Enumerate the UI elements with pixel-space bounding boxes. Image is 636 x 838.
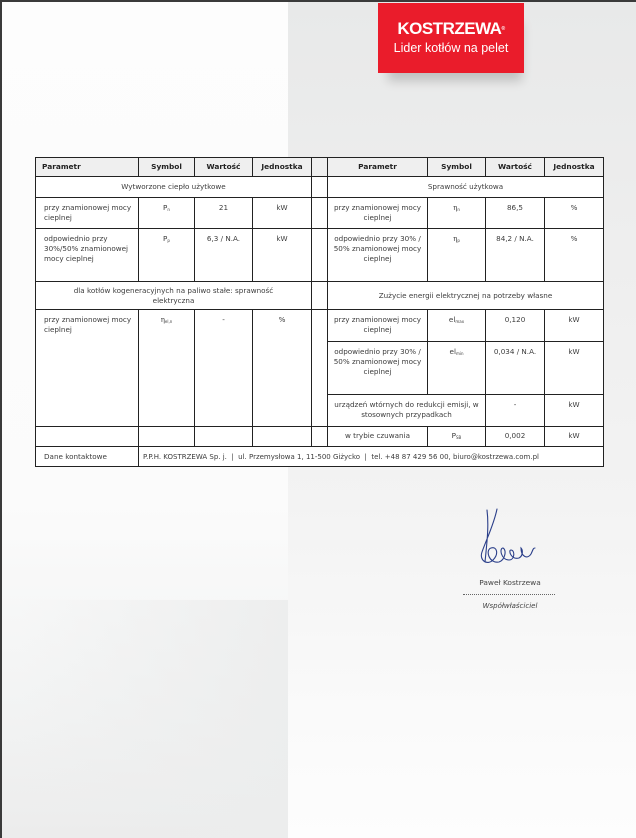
logo-tagline: Lider kotłów na pelet [378,41,524,55]
signer-role: Współwłaściciel [440,602,580,610]
symbol-cell: ηp [428,229,486,282]
symbol-cell: ηel,n [139,310,195,427]
header-jednostka-right: Jednostka [545,158,604,177]
table-row: przy znamionowej mocy cieplnej Pn 21 kW … [36,198,604,229]
contact-row: Dane kontaktowe P.P.H. KOSTRZEWA Sp. j. … [36,447,604,467]
unit-cell: kW [253,229,312,282]
header-wartosc-left: Wartość [195,158,253,177]
value-cell: 84,2 / N.A. [486,229,545,282]
signature-dotted-line [463,594,555,595]
table-header-row: Parametr Symbol Wartość Jednostka Parame… [36,158,604,177]
symbol-cell: PSB [428,427,486,447]
value-cell: 0,002 [486,427,545,447]
value-cell: 21 [195,198,253,229]
unit-cell: kW [545,427,604,447]
param-cell: odpowiednio przy 30% / 50% znamionowej m… [328,229,428,282]
signer-name: Paweł Kostrzewa [440,578,580,587]
header-parametr-left: Parametr [36,158,139,177]
unit-cell: kW [545,310,604,342]
symbol-cell: elmin [428,342,486,395]
symbol-cell: Pp [139,229,195,282]
unit-cell: % [545,229,604,282]
section-row: Wytworzone ciepło użytkowe Sprawność uży… [36,177,604,198]
header-symbol-left: Symbol [139,158,195,177]
section-title-electricity-consumption: Zużycie energii elektrycznej na potrzeby… [328,282,604,310]
param-cell: w trybie czuwania [328,427,428,447]
unit-cell: % [545,198,604,229]
header-symbol-right: Symbol [428,158,486,177]
param-cell: przy znamionowej mocy cieplnej [328,310,428,342]
value-cell: 6,3 / N.A. [195,229,253,282]
column-separator [312,158,328,177]
logo-brand: KOSTRZEWA® [378,20,524,38]
param-cell: odpowiednio przy 30% / 50% znamionowej m… [328,342,428,395]
table-row: odpowiednio przy 30%/50% znamionowej moc… [36,229,604,282]
value-cell: 0,034 / N.A. [486,342,545,395]
unit-cell: kW [253,198,312,229]
unit-cell: kW [545,342,604,395]
parameters-table: Parametr Symbol Wartość Jednostka Parame… [35,157,604,467]
contact-label: Dane kontaktowe [36,447,139,467]
header-wartosc-right: Wartość [486,158,545,177]
symbol-cell: Pn [139,198,195,229]
header-parametr-right: Parametr [328,158,428,177]
section-title-efficiency: Sprawność użytkowa [328,177,604,198]
param-cell: urządzeń wtórnych do redukcji emisji, w … [328,395,486,427]
section-row: dla kotłów kogeneracyjnych na paliwo sta… [36,282,604,310]
signature-icon [475,508,545,570]
param-cell: odpowiednio przy 30%/50% znamionowej moc… [36,229,139,282]
unit-cell: % [253,310,312,427]
value-cell: 0,120 [486,310,545,342]
unit-cell: kW [545,395,604,427]
param-cell: przy znamionowej mocy cieplnej [36,310,139,427]
param-cell: przy znamionowej mocy cieplnej [36,198,139,229]
value-cell: 86,5 [486,198,545,229]
param-cell: przy znamionowej mocy cieplnej [328,198,428,229]
section-title-heat-output: Wytworzone ciepło użytkowe [36,177,312,198]
contact-details: P.P.H. KOSTRZEWA Sp. j. | ul. Przemysłow… [139,447,604,467]
header-jednostka-left: Jednostka [253,158,312,177]
page-background-fade [20,600,288,838]
table-row: w trybie czuwania PSB 0,002 kW [36,427,604,447]
table-row: przy znamionowej mocy cieplnej ηel,n - %… [36,310,604,342]
value-cell: - [195,310,253,427]
symbol-cell: ηn [428,198,486,229]
symbol-cell: elmax [428,310,486,342]
section-title-cogeneration: dla kotłów kogeneracyjnych na paliwo sta… [36,282,312,310]
value-cell: - [486,395,545,427]
kostrzewa-logo: KOSTRZEWA® Lider kotłów na pelet [378,3,524,73]
